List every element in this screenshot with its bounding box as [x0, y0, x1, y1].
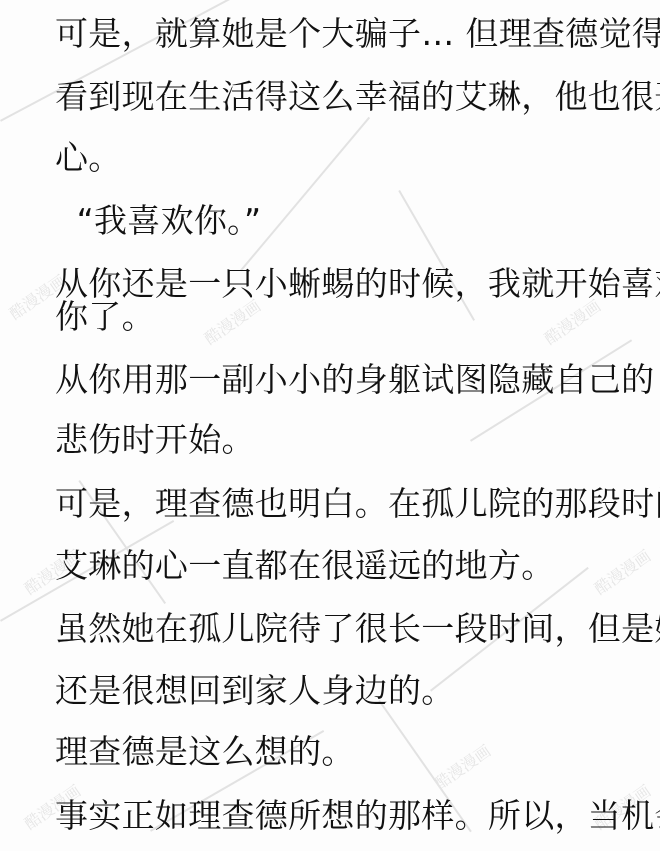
text-line-10: 艾琳的心一直都在很遥远的地方。 [55, 548, 555, 584]
text-line-8: 悲伤时开始。 [55, 422, 255, 458]
text-line-4: “我喜欢你。” [55, 203, 261, 239]
text-line-14: 事实正如理查德所想的那样。所以，当机会 [55, 798, 660, 834]
text-line-6: 你了。 [55, 299, 155, 335]
text-line-13: 理查德是这么想的。 [55, 734, 355, 770]
text-line-11: 虽然她在孤儿院待了很长一段时间，但是她 [55, 611, 660, 647]
text-line-12: 还是很想回到家人身边的。 [55, 673, 455, 709]
text-line-2: 看到现在生活得这么幸福的艾琳，他也很开 [55, 79, 660, 115]
text-line-7: 从你用那一副小小的身躯试图隐藏自己的 [55, 362, 654, 398]
text-line-3: 心。 [55, 140, 122, 176]
text-line-1: 可是，就算她是个大骗子… 但理查德觉得， [55, 16, 660, 52]
text-line-9: 可是，理查德也明白。在孤儿院的那段时间， [55, 486, 660, 522]
text-page: 可是，就算她是个大骗子… 但理查德觉得， 看到现在生活得这么幸福的艾琳，他也很开… [0, 0, 660, 851]
